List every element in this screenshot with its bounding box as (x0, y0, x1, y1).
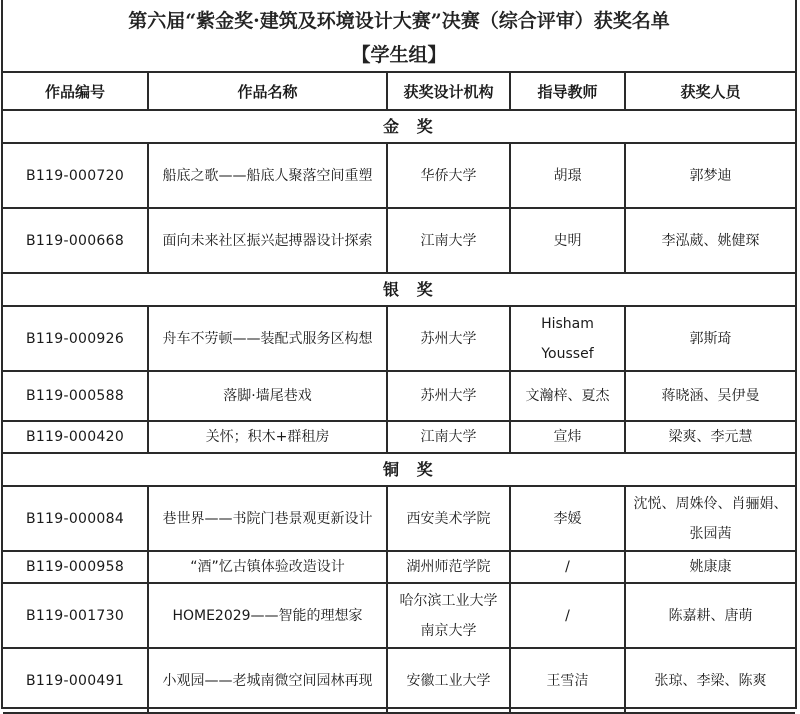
cell-advisor: 宣炜 (510, 421, 625, 453)
section-label-gold: 金 奖 (3, 110, 795, 143)
award-list-document: 第六届“紫金奖·建筑及环境设计大赛”决赛（综合评审）获奖名单 【学生组】 作品编… (1, 0, 797, 709)
cell-institution: 哈尔滨工业大学 南京大学 (387, 583, 510, 648)
cell-institution: 苏州大学 (387, 371, 510, 421)
cell-name: 小观园——老城南微空间园林再现 (148, 648, 387, 713)
section-row-gold: 金 奖 (3, 110, 795, 143)
table-header-row: 作品编号 作品名称 获奖设计机构 指导教师 获奖人员 (3, 72, 795, 110)
cell-institution: 江南大学 (387, 421, 510, 453)
cell-name: “酒”忆古镇体验改造设计 (148, 551, 387, 583)
table-row: B119-000491 小观园——老城南微空间园林再现 安徽工业大学 王雪洁 张… (3, 648, 795, 713)
table-row: B119-000926 舟车不劳顿——装配式服务区构想 苏州大学 Hisham … (3, 306, 795, 371)
cell-winners: 沈悦、周姝伶、肖骊娟、张园茜 (625, 486, 795, 551)
cell-code: B119-000084 (3, 486, 148, 551)
cell-winners: 姚康康 (625, 551, 795, 583)
cell-institution: 西安美术学院 (387, 486, 510, 551)
cell-name: 巷世界——书院门巷景观更新设计 (148, 486, 387, 551)
cell-name: 船底之歌——船底人聚落空间重塑 (148, 143, 387, 208)
header-code: 作品编号 (3, 72, 148, 110)
cell-institution: 苏州大学 (387, 306, 510, 371)
cell-name: 关怀；积木+群租房 (148, 421, 387, 453)
header-institution: 获奖设计机构 (387, 72, 510, 110)
cell-code: B119-000491 (3, 648, 148, 713)
cell-name: HOME2029——智能的理想家 (148, 583, 387, 648)
cell-institution: 华侨大学 (387, 143, 510, 208)
cell-advisor: / (510, 583, 625, 648)
section-row-bronze: 铜 奖 (3, 453, 795, 486)
table-row: B119-000588 落脚·墙尾巷戏 苏州大学 文瀚梓、夏杰 蒋晓涵、吴伊曼 (3, 371, 795, 421)
header-advisor: 指导教师 (510, 72, 625, 110)
cell-name: 舟车不劳顿——装配式服务区构想 (148, 306, 387, 371)
header-name: 作品名称 (148, 72, 387, 110)
cell-advisor: 文瀚梓、夏杰 (510, 371, 625, 421)
cell-code: B119-000588 (3, 371, 148, 421)
section-row-silver: 银 奖 (3, 273, 795, 306)
table-row: B119-000720 船底之歌——船底人聚落空间重塑 华侨大学 胡璟 郭梦迪 (3, 143, 795, 208)
cell-advisor: 史明 (510, 208, 625, 273)
cell-name: 落脚·墙尾巷戏 (148, 371, 387, 421)
header-winners: 获奖人员 (625, 72, 795, 110)
cell-winners: 李泓葳、姚健琛 (625, 208, 795, 273)
table-row: B119-000084 巷世界——书院门巷景观更新设计 西安美术学院 李媛 沈悦… (3, 486, 795, 551)
document-title: 第六届“紫金奖·建筑及环境设计大赛”决赛（综合评审）获奖名单 (3, 6, 795, 33)
cell-code: B119-000958 (3, 551, 148, 583)
cell-code: B119-000720 (3, 143, 148, 208)
cell-winners: 郭斯琦 (625, 306, 795, 371)
cell-advisor: / (510, 551, 625, 583)
cell-institution: 安徽工业大学 (387, 648, 510, 713)
table-row: B119-000958 “酒”忆古镇体验改造设计 湖州师范学院 / 姚康康 (3, 551, 795, 583)
cell-winners: 张琼、李梁、陈爽 (625, 648, 795, 713)
group-subtitle: 【学生组】 (3, 40, 795, 67)
table-row: B119-000420 关怀；积木+群租房 江南大学 宣炜 梁爽、李元慧 (3, 421, 795, 453)
cell-code: B119-000926 (3, 306, 148, 371)
cell-advisor: 王雪洁 (510, 648, 625, 713)
cell-code: B119-000420 (3, 421, 148, 453)
section-label-silver: 银 奖 (3, 273, 795, 306)
cell-advisor: 李媛 (510, 486, 625, 551)
cell-winners: 陈嘉耕、唐萌 (625, 583, 795, 648)
table-row: B119-001730 HOME2029——智能的理想家 哈尔滨工业大学 南京大… (3, 583, 795, 648)
cell-institution: 湖州师范学院 (387, 551, 510, 583)
cell-winners: 梁爽、李元慧 (625, 421, 795, 453)
cell-code: B119-000668 (3, 208, 148, 273)
cell-winners: 蒋晓涵、吴伊曼 (625, 371, 795, 421)
awards-table: 作品编号 作品名称 获奖设计机构 指导教师 获奖人员 金 奖 B119-0007… (3, 71, 795, 714)
cell-code: B119-001730 (3, 583, 148, 648)
section-label-bronze: 铜 奖 (3, 453, 795, 486)
cell-institution: 江南大学 (387, 208, 510, 273)
cell-winners: 郭梦迪 (625, 143, 795, 208)
cell-name: 面向未来社区振兴起搏器设计探索 (148, 208, 387, 273)
title-block: 第六届“紫金奖·建筑及环境设计大赛”决赛（综合评审）获奖名单 【学生组】 (3, 0, 795, 72)
table-row: B119-000668 面向未来社区振兴起搏器设计探索 江南大学 史明 李泓葳、… (3, 208, 795, 273)
cell-advisor: 胡璟 (510, 143, 625, 208)
cell-advisor: Hisham Youssef (510, 306, 625, 371)
